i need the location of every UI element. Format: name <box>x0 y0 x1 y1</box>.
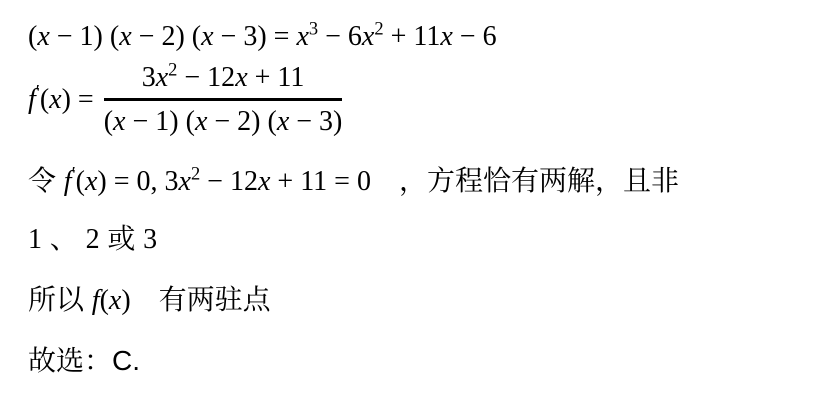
equation-expansion: (x − 1) (x − 2) (x − 3) = x3 − 6x2 + 11x… <box>28 16 820 58</box>
math-roman-segment: ) = 0, 3 <box>97 166 178 197</box>
statement-excluded-roots: 1 、 2 或 3 <box>28 221 820 258</box>
math-roman-segment: ( <box>40 84 49 115</box>
math-roman-segment: ) <box>121 285 130 316</box>
math-italic-segment: x <box>195 106 207 137</box>
math-italic-segment: x <box>113 106 125 137</box>
math-roman-segment: 3 <box>143 224 157 255</box>
math-italic-segment: x <box>440 21 452 52</box>
math-italic-segment: x <box>156 62 168 93</box>
chinese-text-segment: 有两驻点 <box>159 284 271 315</box>
math-solution-document: (x − 1) (x − 2) (x − 3) = x3 − 6x2 + 11x… <box>0 0 828 403</box>
math-roman-segment: ( <box>104 106 113 137</box>
chinese-text-segment: 或 <box>100 223 144 254</box>
math-italic-segment: x <box>362 21 374 52</box>
math-roman-segment <box>131 285 159 316</box>
math-roman-segment: 1 <box>28 224 42 255</box>
math-italic-segment: x <box>201 21 213 52</box>
superscript-segment: 2 <box>168 59 177 79</box>
math-italic-segment: x <box>49 84 61 115</box>
math-roman-segment: − 3) <box>289 106 342 137</box>
math-italic-segment: x <box>179 166 191 197</box>
math-roman-segment: 3 <box>142 62 156 93</box>
math-italic-segment: f <box>64 166 72 197</box>
statement-set-derivative-zero: 令 f′(x) = 0, 3x2 − 12x + 11 = 0 ，方程恰有两解，… <box>28 158 820 205</box>
math-roman-segment <box>371 166 399 197</box>
math-roman-segment: − 1) ( <box>50 21 119 52</box>
math-italic-segment: x <box>119 21 131 52</box>
math-roman-segment: ) = <box>62 84 94 115</box>
math-roman-segment: − 12 <box>200 166 258 197</box>
fraction-denominator: (x − 1) (x − 2) (x − 3) <box>104 98 343 141</box>
chinese-text-segment: 令 <box>28 165 64 196</box>
fraction: 3x2 − 12x + 11 (x − 1) (x − 2) (x − 3) <box>104 60 343 141</box>
math-roman-segment: − 6 <box>453 21 497 52</box>
math-roman-segment: − 2) ( <box>207 106 276 137</box>
math-roman-segment: ( <box>76 166 85 197</box>
math-italic-segment: x <box>235 62 247 93</box>
math-italic-segment: x <box>296 21 308 52</box>
math-roman-segment: 2 <box>86 224 100 255</box>
chinese-text-segment: 、 <box>42 223 86 254</box>
math-roman-segment: + 11 = 0 <box>270 166 371 197</box>
math-roman-segment: ( <box>28 21 37 52</box>
statement-final-answer: 故选：C. <box>28 343 820 380</box>
latin-text-segment: C. <box>112 345 140 376</box>
chinese-text-segment: 故选： <box>28 345 112 376</box>
math-roman-segment: + 11 <box>384 21 441 52</box>
equation-derivative: f′(x) = 3x2 − 12x + 11 (x − 1) (x − 2) (… <box>28 58 820 142</box>
superscript-segment: 3 <box>309 19 318 39</box>
math-roman-segment: + 11 <box>248 62 305 93</box>
fraction-numerator: 3x2 − 12x + 11 <box>136 60 311 98</box>
statement-conclusion: 所以 f(x) 有两驻点 <box>28 282 820 319</box>
math-italic-segment: x <box>109 285 121 316</box>
superscript-segment: 2 <box>191 164 200 184</box>
math-roman-segment: ( <box>100 285 109 316</box>
math-italic-segment: f <box>92 285 100 316</box>
math-roman-segment: − 6 <box>318 21 362 52</box>
math-roman-segment: − 3) = <box>214 21 297 52</box>
math-italic-segment: x <box>277 106 289 137</box>
math-italic-segment: x <box>37 21 49 52</box>
math-roman-segment: − 12 <box>177 62 235 93</box>
chinese-text-segment: 所以 <box>28 284 92 315</box>
derivative-lhs: f′(x) = <box>28 84 94 116</box>
math-roman-segment: − 1) ( <box>125 106 194 137</box>
chinese-text-segment: ，方程恰有两解，且非 <box>399 165 679 196</box>
math-italic-segment: x <box>258 166 270 197</box>
math-roman-segment: − 2) ( <box>132 21 201 52</box>
math-italic-segment: x <box>85 166 97 197</box>
superscript-segment: 2 <box>374 19 383 39</box>
math-italic-segment: f <box>28 84 36 115</box>
